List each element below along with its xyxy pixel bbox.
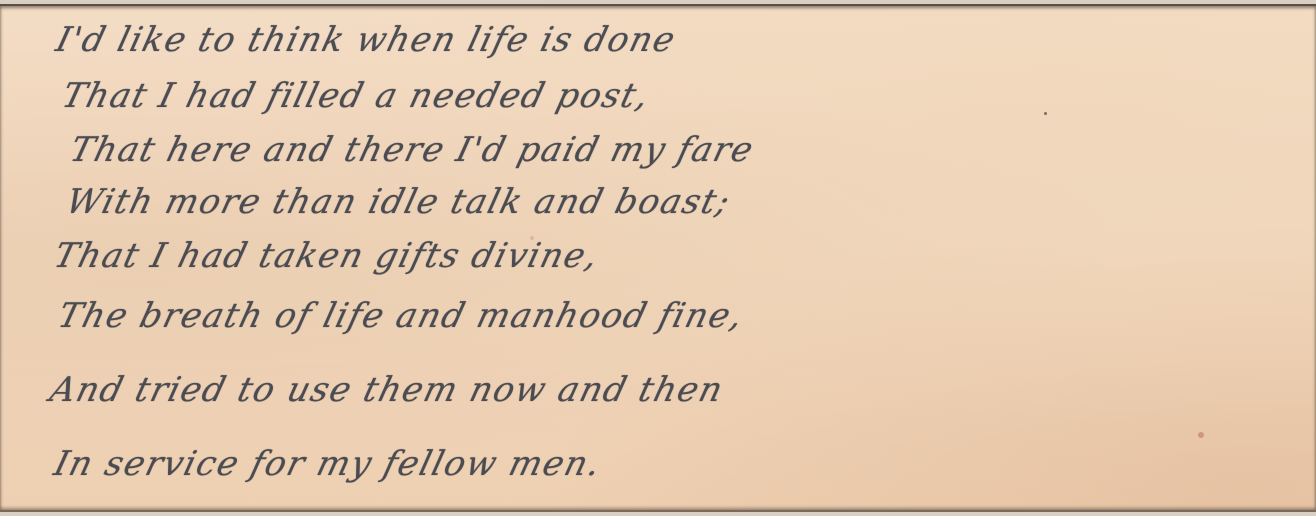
paper-stain [1044, 112, 1047, 115]
paper-stain [1198, 432, 1204, 438]
poem-line-5: That I had taken gifts divine, [50, 236, 603, 276]
poem-line-7: And tried to use them now and then [46, 370, 728, 410]
poem-line-2: That I had filled a needed post, [58, 76, 654, 116]
poem-line-6: The breath of life and manhood fine, [54, 296, 748, 336]
handwritten-card: I'd like to think when life is done That… [0, 4, 1316, 512]
poem-line-8: In service for my fellow men. [50, 444, 606, 484]
poem-line-1: I'd like to think when life is done [52, 20, 680, 60]
poem-line-4: With more than idle talk and boast; [62, 182, 735, 222]
poem-line-3: That here and there I'd paid my fare [66, 130, 758, 170]
paper-stain [530, 236, 534, 240]
